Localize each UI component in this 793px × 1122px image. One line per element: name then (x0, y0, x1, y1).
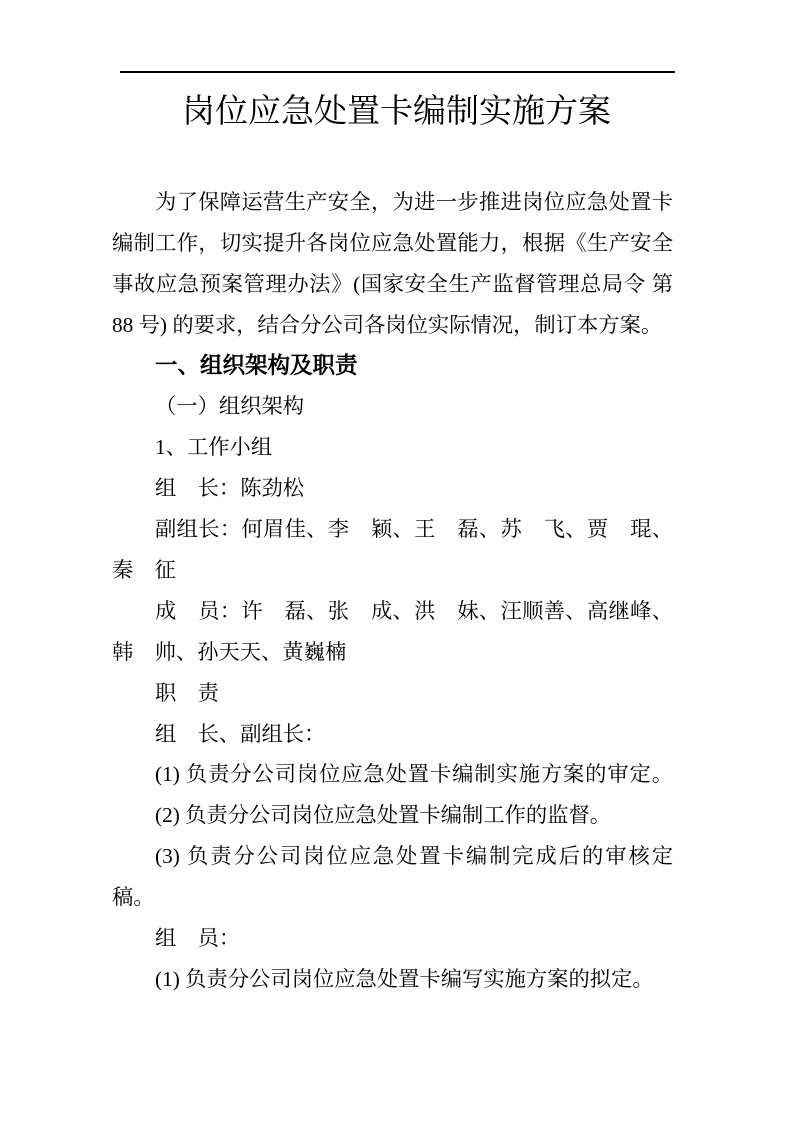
document-title: 岗位应急处置卡编制实施方案 (0, 92, 793, 132)
text-line: 成 员：许 磊、张 成、洪 妹、汪顺善、高继峰、 (112, 591, 673, 632)
text-line: (1) 负责分公司岗位应急处置卡编制实施方案的审定。 (112, 754, 673, 795)
text-line: 组 长：陈劲松 (112, 468, 673, 509)
text-line: 秦 征 (112, 550, 673, 591)
text-line: 组 员： (112, 918, 673, 959)
text-line: （一）组织架构 (112, 386, 673, 427)
text-line: 编制工作，切实提升各岗位应急处置能力，根据《生产安全 (112, 223, 673, 264)
text-line: 职 责 (112, 673, 673, 714)
text-line: (1) 负责分公司岗位应急处置卡编写实施方案的拟定。 (112, 959, 673, 1000)
text-line: (2) 负责分公司岗位应急处置卡编制工作的监督。 (112, 795, 673, 836)
section-heading: 一、组织架构及职责 (112, 346, 673, 387)
text-line: 副组长：何眉佳、李 颖、王 磊、苏 飞、贾 琨、 (112, 509, 673, 550)
text-line: 1、工作小组 (112, 427, 673, 468)
text-line: 稿。 (112, 877, 673, 918)
document-page: 岗位应急处置卡编制实施方案 为了保障运营生产安全，为进一步推进岗位应急处置卡编制… (0, 0, 793, 1122)
text-line: 为了保障运营生产安全，为进一步推进岗位应急处置卡 (112, 182, 673, 223)
text-line: 88 号) 的要求，结合分公司各岗位实际情况，制订本方案。 (112, 305, 673, 346)
text-line: 韩 帅、孙天天、黄巍楠 (112, 632, 673, 673)
document-body: 为了保障运营生产安全，为进一步推进岗位应急处置卡编制工作，切实提升各岗位应急处置… (112, 182, 673, 1000)
header-rule (120, 71, 675, 73)
text-line: 事故应急预案管理办法》(国家安全生产监督管理总局令 第 (112, 264, 673, 305)
text-line: 组 长、副组长： (112, 714, 673, 755)
text-line: (3) 负责分公司岗位应急处置卡编制完成后的审核定 (112, 836, 673, 877)
